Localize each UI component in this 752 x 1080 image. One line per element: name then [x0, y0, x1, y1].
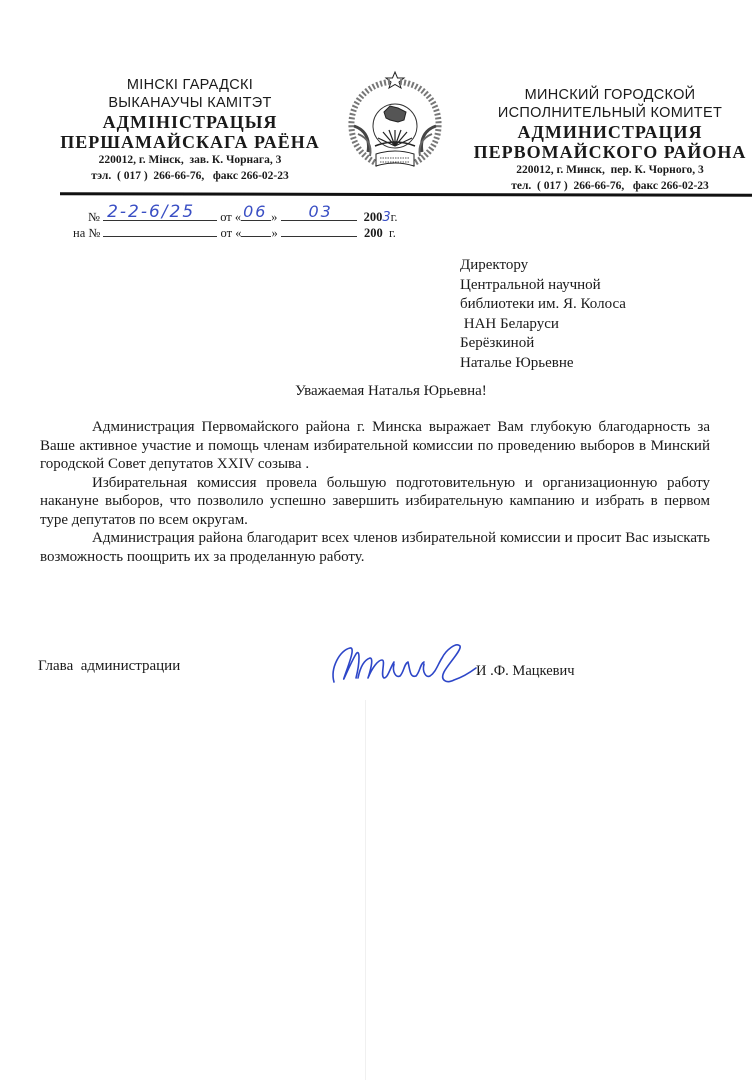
- addressee-block: Директору Центральной научной библиотеки…: [460, 256, 626, 373]
- day-field: 06: [241, 206, 271, 221]
- header-left-line4: ПЕРШАМАЙСКАГА РАЁНА: [40, 132, 340, 152]
- body-paragraph: Избирательная комиссия провела большую п…: [40, 474, 710, 530]
- header-right-phone: тел. ( 017 ) 266-66-76, факс 266-02-23: [460, 178, 752, 194]
- letterhead-belarusian: МІНСКІ ГАРАДСКІ ВЫКАНАУЧЫ КАМІТЭТ АДМІНІ…: [40, 76, 340, 184]
- number-field: 2-2-6/25: [103, 206, 217, 221]
- month-handwritten: 03: [309, 204, 333, 220]
- in-number-label: на №: [73, 226, 100, 240]
- day-handwritten: 06: [243, 204, 267, 220]
- letterhead-divider: [60, 192, 752, 196]
- body-paragraph: Администрация Первомайского района г. Ми…: [40, 418, 710, 474]
- body-paragraph: Администрация района благодарит всех чле…: [40, 529, 710, 566]
- belarus-coat-of-arms-icon: [340, 68, 450, 178]
- handwritten-signature-icon: [320, 638, 480, 690]
- header-right-line1: МИНСКИЙ ГОРОДСКОЙ: [460, 86, 752, 104]
- addressee-line: Наталье Юрьевне: [460, 354, 626, 374]
- signatory-title: Глава администрации: [38, 658, 180, 675]
- header-right-line3: АДМИНИСТРАЦИЯ: [460, 122, 752, 142]
- in-month-field: [281, 222, 357, 237]
- addressee-line: Центральной научной: [460, 276, 626, 296]
- addressee-line: Берёзкиной: [460, 334, 626, 354]
- in-year-suffix: г.: [389, 226, 396, 240]
- signatory-name: И .Ф. Мацкевич: [476, 663, 575, 680]
- letterhead-russian: МИНСКИЙ ГОРОДСКОЙ ИСПОЛНИТЕЛЬНЫЙ КОМИТЕТ…: [460, 86, 752, 194]
- header-right-address: 220012, г. Минск, пер. К. Чорного, 3: [460, 162, 752, 178]
- in-day-close-quote: »: [271, 226, 277, 240]
- month-field: 03: [281, 206, 357, 221]
- in-from-label: от: [221, 226, 233, 240]
- header-left-line2: ВЫКАНАУЧЫ КАМІТЭТ: [40, 94, 340, 112]
- addressee-line: Директору: [460, 256, 626, 276]
- header-right-line4: ПЕРВОМАЙСКОГО РАЙОНА: [460, 142, 752, 162]
- in-day-field: [241, 222, 271, 237]
- in-number-field: [103, 222, 217, 237]
- salutation: Уважаемая Наталья Юрьевна!: [0, 383, 752, 400]
- scan-artifact-line: [365, 700, 366, 1080]
- header-right-line2: ИСПОЛНИТЕЛЬНЫЙ КОМИТЕТ: [460, 104, 752, 122]
- header-left-address: 220012, г. Мінск, зав. К. Чорнага, 3: [40, 152, 340, 168]
- letter-body: Администрация Первомайского района г. Ми…: [40, 418, 710, 566]
- in-year-prefix: 200: [364, 226, 383, 240]
- incoming-reference-line: на № от «» 200 г.: [73, 222, 396, 241]
- header-left-line3: АДМІНІСТРАЦЫЯ: [40, 112, 340, 132]
- header-left-line1: МІНСКІ ГАРАДСКІ: [40, 76, 340, 94]
- addressee-line: библиотеки им. Я. Колоса: [460, 295, 626, 315]
- addressee-line: НАН Беларуси: [460, 315, 626, 335]
- number-handwritten: 2-2-6/25: [107, 204, 195, 220]
- header-left-phone: тэл. ( 017 ) 266-66-76, факс 266-02-23: [40, 168, 340, 184]
